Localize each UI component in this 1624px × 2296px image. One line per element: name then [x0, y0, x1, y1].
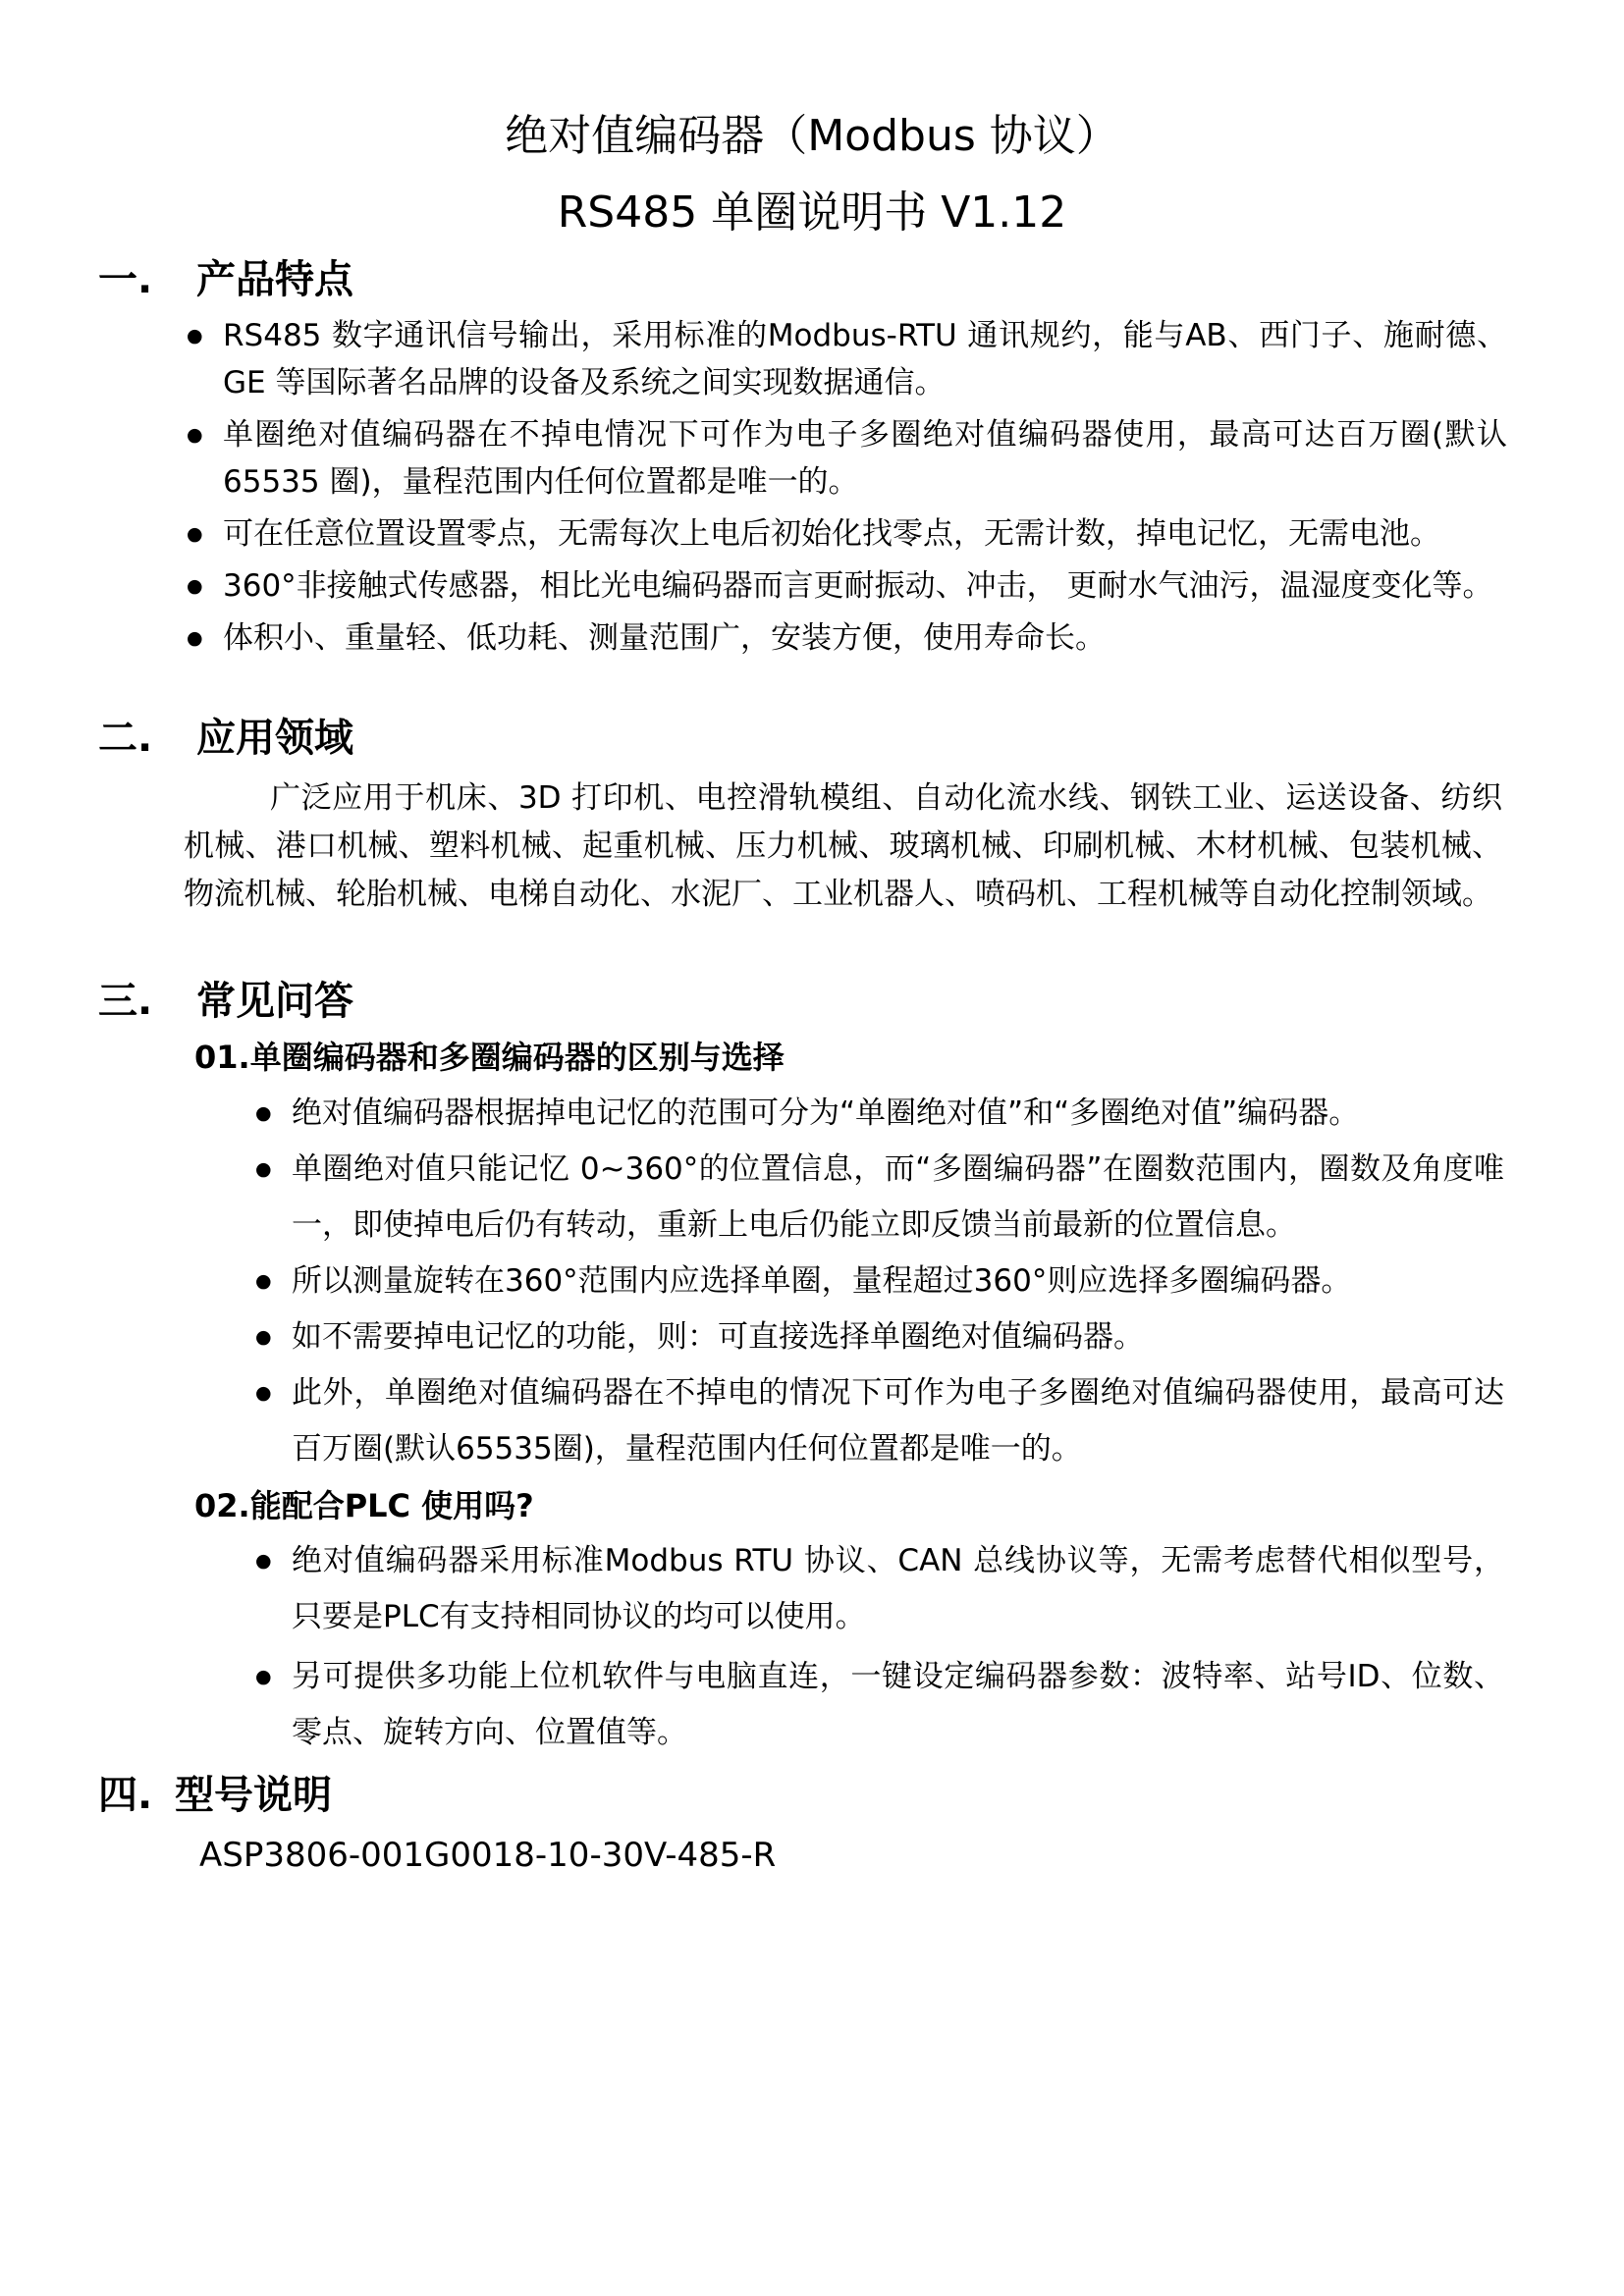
faq-answer-item: 另可提供多功能上位机软件与电脑直连，一键设定编码器参数：波特率、站号ID、位数、…: [255, 1649, 1504, 1761]
section-title-features: 产品特点: [196, 257, 353, 302]
doc-title-line2: RS485 单圈说明书 V1.12: [0, 188, 1624, 238]
faq-answer-item: 绝对值编码器根据掉电记忆的范围可分为“单圈绝对值”和“多圈绝对值”编码器。: [255, 1086, 1504, 1142]
section-number-features: 一.: [98, 257, 196, 302]
applications-paragraph: 广泛应用于机床、3D 打印机、电控滑轨模组、自动化流水线、钢铁工业、运送设备、纺…: [184, 774, 1502, 919]
faq-question-2-list: 绝对值编码器采用标准Modbus RTU 协议、CAN 总线协议等，无需考虑替代…: [255, 1533, 1504, 1761]
feature-item: 单圈绝对值编码器在不掉电情况下可作为电子多圈绝对值编码器使用，最高可达百万圈(默…: [187, 411, 1507, 506]
faq-question-1-label: 01.单圈编码器和多圈编码器的区别与选择: [194, 1038, 785, 1077]
faq-answer-item: 所以测量旋转在360°范围内应选择单圈，量程超过360°则应选择多圈编码器。: [255, 1254, 1504, 1309]
feature-item: 360°非接触式传感器，相比光电编码器而言更耐振动、冲击， 更耐水气油污，温湿度…: [187, 562, 1507, 610]
faq-answer-item: 此外，单圈绝对值编码器在不掉电的情况下可作为电子多圈绝对值编码器使用，最高可达百…: [255, 1365, 1504, 1477]
model-number-text: ASP3806-001G0018-10-30V-485-R: [199, 1834, 776, 1877]
faq-answer-item: 如不需要掉电记忆的功能，则：可直接选择单圈绝对值编码器。: [255, 1309, 1504, 1365]
faq-answer-item: 单圈绝对值只能记忆 0~360°的位置信息，而“多圈编码器”在圈数范围内，圈数及…: [255, 1142, 1504, 1254]
faq-question-2-label: 02.能配合PLC 使用吗?: [194, 1486, 534, 1525]
faq-answer-item: 绝对值编码器采用标准Modbus RTU 协议、CAN 总线协议等，无需考虑替代…: [255, 1533, 1504, 1645]
features-list: RS485 数字通讯信号输出，采用标准的Modbus-RTU 通讯规约，能与AB…: [187, 312, 1507, 662]
section-heading-applications: 二.应用领域: [98, 716, 353, 761]
feature-item: 可在任意位置设置零点，无需每次上电后初始化找零点，无需计数，掉电记忆，无需电池。: [187, 510, 1507, 558]
feature-item: 体积小、重量轻、低功耗、测量范围广，安装方便，使用寿命长。: [187, 614, 1507, 662]
section-title-applications: 应用领域: [196, 716, 353, 761]
section-number-applications: 二.: [98, 716, 196, 761]
section-title-faq: 常见问答: [196, 979, 353, 1024]
faq-question-1-list: 绝对值编码器根据掉电记忆的范围可分为“单圈绝对值”和“多圈绝对值”编码器。 单圈…: [255, 1086, 1504, 1477]
doc-title-line1: 绝对值编码器（Modbus 协议）: [0, 112, 1624, 161]
section-heading-faq: 三.常见问答: [98, 979, 353, 1024]
section-heading-model: 四.型号说明: [98, 1773, 332, 1818]
section-title-model: 型号说明: [175, 1773, 332, 1818]
section-number-model: 四.: [98, 1773, 175, 1818]
section-heading-features: 一.产品特点: [98, 257, 353, 302]
section-number-faq: 三.: [98, 979, 196, 1024]
document-page: { "doc": { "title_line1": "绝对值编码器（Modbus…: [0, 0, 1624, 2296]
feature-item: RS485 数字通讯信号输出，采用标准的Modbus-RTU 通讯规约，能与AB…: [187, 312, 1507, 406]
